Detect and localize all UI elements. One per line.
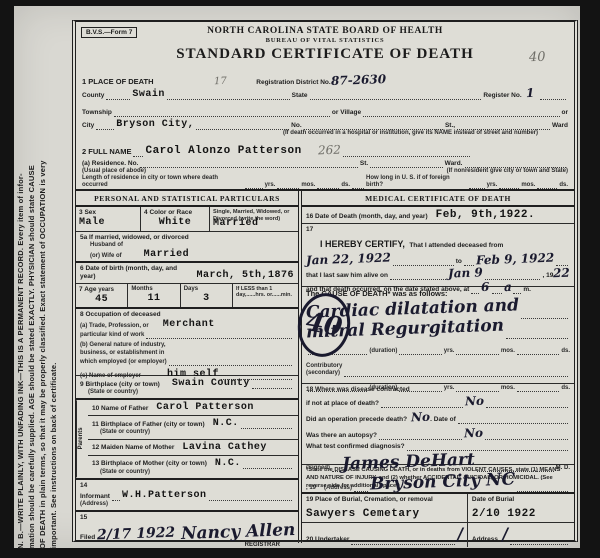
house-no-label: No. <box>291 122 301 130</box>
place-of-death-label: PLACE OF DEATH <box>88 77 153 86</box>
handwritten-corner-number: 40 <box>529 50 546 66</box>
village-label: or Village <box>332 109 361 117</box>
sex-label: Sex <box>84 209 96 216</box>
city-label: City <box>82 122 94 130</box>
father-label: Name of Father <box>101 405 148 412</box>
undertaker-address-mark: / <box>502 524 509 544</box>
board-title: NORTH CAROLINA STATE BOARD OF HEALTH <box>76 26 574 36</box>
duration2-yrs: yrs. <box>444 385 455 392</box>
place-of-death-sec: 1 <box>82 77 86 86</box>
undertaker-label: Undertaker <box>315 536 349 543</box>
birthplace-sec: 9 <box>80 381 84 388</box>
occupation-label: Occupation of deceased <box>85 311 160 318</box>
residence-ward-label: Ward. <box>445 160 463 168</box>
duration-ds: ds. <box>561 348 570 355</box>
informant-sub: (Address) <box>80 501 294 508</box>
age-days-value: 3 <box>184 293 229 304</box>
fullname-mark: 262 <box>317 143 340 158</box>
certificate-page: N. B.—WRITE PLAINLY, WITH UNFADING INK—T… <box>14 6 580 548</box>
district-label: Registration District No. <box>256 79 330 87</box>
contributory-sub: (secondary) <box>306 370 340 376</box>
duration2-label: (duration) <box>369 385 397 392</box>
margin-instructions: N. B.—WRITE PLAINLY, WITH UNFADING INK—T… <box>15 9 61 549</box>
duration2-ds: ds. <box>561 385 570 392</box>
burial-date-label: Date of Burial <box>472 496 570 504</box>
last-saw-year-label: , 19 <box>542 272 553 280</box>
street-label: St., <box>445 122 455 130</box>
father-bp-sec: 11 <box>92 421 99 428</box>
burial-label: Place of Burial, Cremation, or removal <box>315 496 433 503</box>
occupation-a-value: Merchant <box>163 319 215 330</box>
length-yrs2: yrs. <box>487 182 498 189</box>
margin-line-3: OF DEATH in plain terms, so that it may … <box>38 9 49 549</box>
father-sec: 10 <box>92 405 99 412</box>
duration-label: (duration) <box>369 348 397 355</box>
contributory-label: Contributory <box>306 363 342 369</box>
dod-label: Date of Death (month, day, and year) <box>315 213 428 220</box>
mother-bp-sub: (State or country) <box>92 469 294 476</box>
sex-sec: 3 <box>79 209 83 216</box>
dob-value: March, 5th,1876 <box>196 270 294 281</box>
husband-label3: (or) Wife of <box>80 253 122 260</box>
duration-mos: mos. <box>501 348 515 355</box>
occupation-a2: particular kind of work <box>80 332 144 339</box>
marital-value: Married <box>213 218 295 229</box>
age-less-label: If LESS than 1 day,......hrs. or......mi… <box>236 286 295 299</box>
length-yrs: yrs. <box>265 182 276 189</box>
county-label: County <box>82 92 104 100</box>
disease-contracted-label2: if not at place of death? <box>306 400 379 408</box>
age-years-value: 45 <box>79 294 124 305</box>
husband-label: If married, widowed, or divorced <box>89 234 189 241</box>
undertaker-sec: 20 <box>306 536 313 543</box>
age-years-label: years <box>98 287 114 293</box>
residence-label: (a) Residence. No. <box>82 160 138 168</box>
length-mos2: mos. <box>521 182 535 189</box>
county-value: Swain <box>132 89 165 100</box>
informant-label: Informant <box>80 493 110 501</box>
filed-label: Filed <box>80 534 95 542</box>
attended-from-date: Jan 22, 1922 <box>306 251 391 268</box>
fullname-value: Carol Alonzo Patterson <box>145 145 301 157</box>
birthplace-value: Swain County <box>172 378 250 389</box>
mother-bp-value: N.C. <box>215 458 241 469</box>
occupation-a1: (a) Trade, Profession, or <box>80 323 149 330</box>
mother-label: Maiden Name of Mother <box>101 444 174 451</box>
medical-section: MEDICAL CERTIFICATE OF DEATH 16 Date of … <box>302 191 574 543</box>
attended-to-date: Feb 9, 1922 <box>476 251 555 268</box>
personal-title: PERSONAL AND STATISTICAL PARTICULARS <box>76 191 298 207</box>
margin-line-4: important. See instructions on back of c… <box>49 9 60 549</box>
certify-rest: That I attended deceased from <box>409 242 503 249</box>
dob-sec: 6 <box>80 265 84 272</box>
informant-value: W.H.Patterson <box>122 490 207 501</box>
race-sec: 4 <box>144 209 148 216</box>
test-label: What test confirmed diagnosis? <box>306 443 405 451</box>
mother-sec: 12 <box>92 444 99 451</box>
father-bp-value: N.C. <box>213 418 239 429</box>
registrar-signature: Nancy Allen <box>181 520 296 544</box>
duration2-mos: mos. <box>501 385 515 392</box>
length-mos: mos. <box>301 182 315 189</box>
father-bp-sub: (State or country) <box>92 429 294 436</box>
age-days-label: Days <box>184 286 229 293</box>
dod-value: Feb, 9th,1922. <box>436 209 535 221</box>
dob-label: Date of birth (month, day, and year) <box>80 265 177 280</box>
operation-label: Did an operation precede death? <box>306 416 407 424</box>
length-right-label: How long in U. S. if of foreign birth? <box>366 175 467 189</box>
margin-line-2: mation should be carefully supplied. AGE… <box>27 9 38 549</box>
personal-section: PERSONAL AND STATISTICAL PARTICULARS 3 S… <box>76 191 302 543</box>
length-ds2: ds. <box>559 182 568 189</box>
last-saw-year: 22 <box>553 266 570 281</box>
fullname-label: FULL NAME <box>88 147 131 156</box>
filed-date: 2/17 1922 <box>97 525 176 544</box>
form-header: B.V.S.—Form 7 NORTH CAROLINA STATE BOARD… <box>76 22 574 74</box>
disease-contracted-answer: No <box>465 394 484 409</box>
dod-sec: 16 <box>306 213 313 220</box>
race-label: Color or Race <box>149 209 192 216</box>
age-label: Age <box>84 286 96 293</box>
race-value: White <box>144 217 206 228</box>
register-no-label: Register No. <box>483 92 521 100</box>
duration-yrs: yrs. <box>444 348 455 355</box>
last-saw-label: that I last saw him alive on <box>306 272 388 280</box>
fullname-sec: 2 <box>82 147 86 156</box>
state-label: State <box>292 92 308 100</box>
undertaker-address-label: Address <box>472 536 498 544</box>
occupation-b2: business, or establishment in <box>80 350 294 357</box>
occupation-b1: (b) General nature of industry, <box>80 342 294 349</box>
operation-answer: No <box>411 410 430 425</box>
age-sec: 7 <box>79 286 83 293</box>
township-label: Township <box>82 109 112 117</box>
age-months-label: Months <box>131 286 176 293</box>
sex-value: Male <box>79 217 137 228</box>
certificate-title: STANDARD CERTIFICATE OF DEATH <box>76 46 574 63</box>
husband-value: Married <box>144 249 190 260</box>
residence-st-label: St. <box>360 160 368 168</box>
certificate-form: B.V.S.—Form 7 NORTH CAROLINA STATE BOARD… <box>72 20 578 542</box>
medical-title: MEDICAL CERTIFICATE OF DEATH <box>302 191 574 207</box>
margin-line-1: N. B.—WRITE PLAINLY, WITH UNFADING INK—T… <box>16 9 27 549</box>
district-value: 87-2630 <box>330 72 386 88</box>
birthplace-label: Birthplace (city or town) <box>85 381 159 388</box>
certify-bold: I HEREBY CERTIFY, <box>320 239 405 249</box>
age-months-value: 11 <box>131 293 176 304</box>
city-note: (If death occurred in a hospital or inst… <box>82 130 568 137</box>
occupation-sec: 8 <box>80 311 84 318</box>
ward-label: Ward <box>552 122 568 130</box>
last-saw-date: Jan 9 <box>448 266 483 281</box>
burial-date-value: 2/10 1922 <box>472 508 570 520</box>
mother-bp-label: Birthplace of Mother (city or town) <box>101 460 207 467</box>
mother-bp-sec: 13 <box>92 460 99 467</box>
autopsy-label: Was there an autopsy? <box>306 432 377 440</box>
certify-sec: 17 <box>306 226 570 234</box>
operation-date-label: Date of <box>434 416 456 424</box>
father-value: Carol Patterson <box>156 402 254 413</box>
birthplace-sub: (State or country) <box>80 389 294 396</box>
burial-value: Sawyers Cemetary <box>306 508 463 520</box>
or-word: or <box>562 109 569 117</box>
length-left-label: Length of residence in city or town wher… <box>82 175 243 189</box>
stray-pencil-mark: 17 <box>213 76 226 87</box>
undertaker-mark: / <box>456 524 463 544</box>
burial-sec: 19 <box>306 496 313 503</box>
informant-sec: 14 <box>80 482 294 490</box>
certify-to-word: to <box>456 258 462 266</box>
city-value: Bryson City, <box>116 119 194 130</box>
husband-sec: 5a <box>80 234 87 241</box>
length-ds: ds. <box>341 182 350 189</box>
mother-value: Lavina Cathey <box>182 442 267 453</box>
bureau-title: BUREAU OF VITAL STATISTICS <box>76 37 574 44</box>
register-no-value: 1 <box>525 86 534 100</box>
occupation-b3: which employed (or employer) <box>80 359 167 366</box>
parents-vertical-label: Parents <box>76 400 88 477</box>
autopsy-answer: No <box>464 426 483 441</box>
father-bp-label: Birthplace of Father (city or town) <box>101 421 205 428</box>
